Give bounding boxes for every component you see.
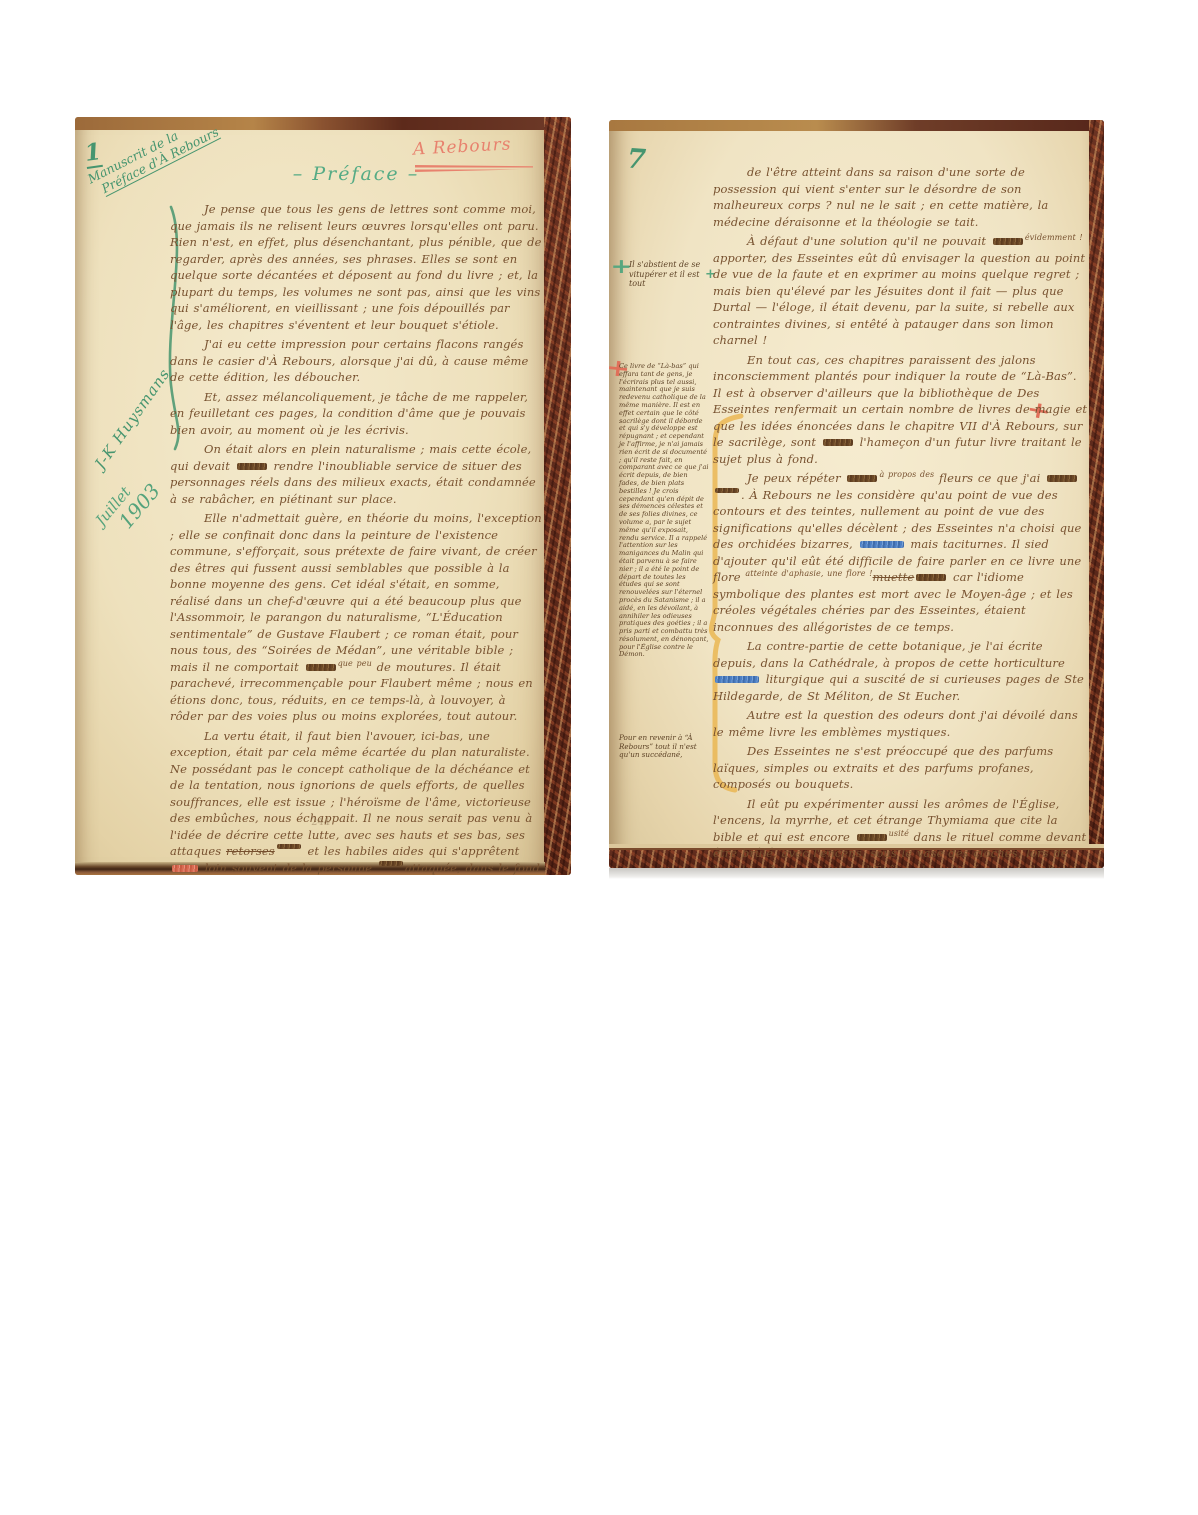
handwritten-text: Et, assez mélancoliquement, je tâche de … — [170, 390, 528, 437]
manuscript-paragraph: Je pense que tous les gens de lettres so… — [170, 201, 542, 333]
handwritten-text: J'ai eu cette impression pour certains f… — [170, 337, 528, 384]
inserted-correction: atteinte d'aphasie, une flore ! — [745, 569, 872, 578]
red-pencil-title: A Rebours — [413, 134, 512, 159]
page-number-green: 7 — [626, 143, 647, 175]
scribbled-out-word — [237, 463, 267, 470]
inserted-correction: à propos des — [879, 470, 934, 479]
handwritten-text: Autre est la question des odeurs dont j'… — [713, 708, 1078, 739]
scribbled-out-word — [172, 865, 198, 872]
handwritten-text: À défaut d'une solution qu'il ne pouvait — [747, 234, 991, 248]
manuscript-paragraph: Il eût pu expérimenter aussi les arômes … — [713, 796, 1089, 869]
scribbled-out-word — [823, 439, 853, 446]
scribbled-out-word — [860, 541, 904, 548]
photo-drop-shadow — [609, 868, 1104, 879]
manuscript-paragraph: La contre-partie de cette botanique, je … — [713, 638, 1089, 704]
scribbled-out-word — [715, 488, 739, 493]
struck-word: retorses — [226, 844, 275, 858]
handwritten-text: La contre-partie de cette botanique, je … — [713, 639, 1065, 670]
inserted-correction: évidemment ! — [1025, 233, 1083, 242]
scribbled-out-word — [916, 574, 946, 581]
struck-word: muette — [873, 570, 915, 584]
scribbled-out-word — [306, 664, 336, 671]
handwritten-text: La vertu était, il faut bien l'avouer, i… — [170, 729, 532, 859]
handwritten-text: Je pense que tous les gens de lettres so… — [170, 202, 542, 332]
book-cover-top-edge — [75, 117, 571, 130]
manuscript-paragraph: La vertu était, il faut bien l'avouer, i… — [170, 728, 542, 876]
inserted-correction: usité — [889, 829, 909, 838]
manuscript-paragraph: On était alors en plein naturalisme ; ma… — [170, 441, 542, 507]
handwritten-text: Elle n'admettait guère, en théorie du mo… — [170, 511, 542, 674]
book-cover-right-edge — [1089, 120, 1104, 868]
manuscript-text-left: Je pense que tous les gens de lettres so… — [170, 201, 542, 875]
scribbled-out-word — [715, 676, 759, 683]
book-cover-top-edge — [609, 120, 1104, 131]
handwritten-text: Je peux répéter — [747, 471, 845, 485]
handwritten-text: loin souvent de la personne — [200, 861, 377, 875]
preface-title: – Préface – — [170, 163, 542, 185]
scribbled-out-word — [1047, 475, 1077, 482]
inserted-correction: que peu — [338, 659, 372, 668]
manuscript-paragraph: J'ai eu cette impression pour certains f… — [170, 336, 542, 386]
book-cover-right-edge — [544, 117, 571, 875]
manuscript-text-right: de l'être atteint dans sa raison d'une s… — [713, 164, 1089, 868]
margin-note-green-cross: Il s'abstient de se vitupérer et il est … — [629, 260, 715, 289]
handwritten-text: fleurs ce que j'ai — [934, 471, 1045, 485]
handwritten-text: liturgique qui a suscité de si curieuses… — [713, 672, 1084, 703]
manuscript-paragraph: À défaut d'une solution qu'il ne pouvait… — [713, 233, 1089, 349]
manuscript-photo-left: 1 Manuscrit de la Préface d'À Rebours J-… — [75, 117, 571, 875]
manuscript-paragraph: Elle n'admettait guère, en théorie du mo… — [170, 510, 542, 725]
scribbled-out-word — [857, 834, 887, 841]
scribbled-out-word — [993, 238, 1023, 245]
manuscript-paragraph: Autre est la question des odeurs dont j'… — [713, 707, 1089, 740]
date-annotation: Juillet 1903 — [91, 467, 163, 542]
manuscript-paragraph: Et, assez mélancoliquement, je tâche de … — [170, 389, 542, 439]
margin-note-bottom: Pour en revenir à “À Rebours” tout il n'… — [619, 734, 707, 760]
scribbled-out-word — [379, 861, 403, 866]
manuscript-photo-right: 7 + + + + Il s'abstient de se vitupérer … — [609, 120, 1104, 868]
manuscript-paragraph: Je peux répéter à propos des fleurs ce q… — [713, 470, 1089, 635]
handwritten-text: apporter, des Esseintes eût dû envisager… — [713, 251, 1085, 348]
handwritten-text: et les habiles aides qui s'apprêtent — [303, 844, 520, 858]
margin-note-long: Ce livre de “Là-bas” qui effara tant de … — [619, 363, 709, 659]
handwritten-text: Des Esseintes ne s'est préoccupé que des… — [713, 744, 1053, 791]
manuscript-paragraph: Des Esseintes ne s'est préoccupé que des… — [713, 743, 1089, 793]
folio-number: 244 — [311, 817, 330, 828]
scan-canvas: { "left_page": { "page_number": "1", "co… — [0, 0, 1198, 1515]
manuscript-paragraph: de l'être atteint dans sa raison d'une s… — [713, 164, 1089, 230]
scribbled-out-word — [847, 475, 877, 482]
handwritten-text: de l'être atteint dans sa raison d'une s… — [713, 165, 1048, 229]
scribbled-out-word — [277, 844, 301, 849]
manuscript-paragraph: En tout cas, ces chapitres paraissent de… — [713, 352, 1089, 468]
